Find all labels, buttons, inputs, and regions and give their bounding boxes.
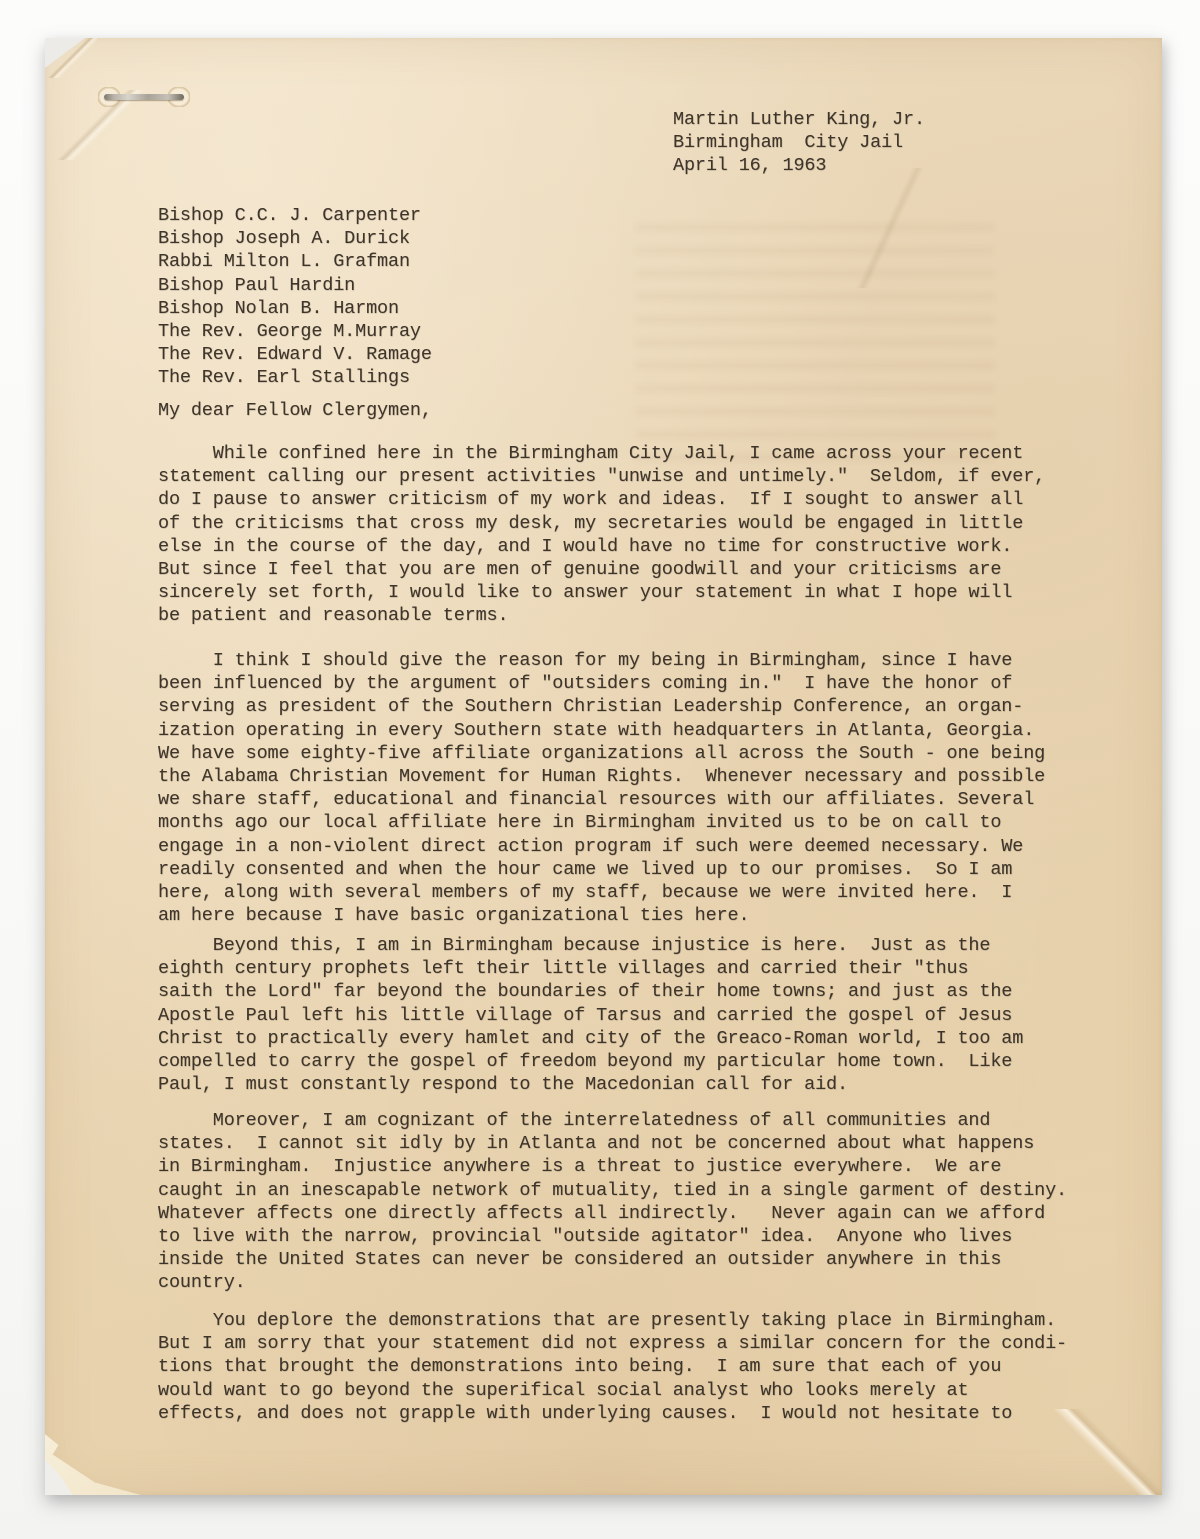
fold-line-top-left xyxy=(45,38,97,78)
body-paragraph-3: Beyond this, I am in Birmingham because … xyxy=(158,934,1023,1096)
body-paragraph-5: You deplore the demonstrations that are … xyxy=(158,1309,1067,1425)
body-paragraph-1: While confined here in the Birmingham Ci… xyxy=(158,442,1045,628)
paper-crease xyxy=(815,168,965,288)
salutation: My dear Fellow Clergymen, xyxy=(158,399,432,422)
recipient-list: Bishop C.C. J. Carpenter Bishop Joseph A… xyxy=(158,204,432,390)
scanned-letter-scene: Martin Luther King, Jr. Birmingham City … xyxy=(0,0,1200,1539)
body-paragraph-2: I think I should give the reason for my … xyxy=(158,649,1045,927)
staple-icon xyxy=(102,87,186,107)
sender-address-block: Martin Luther King, Jr. Birmingham City … xyxy=(673,108,925,178)
body-paragraph-4: Moreover, I am cognizant of the interrel… xyxy=(158,1109,1067,1295)
staple-bar xyxy=(104,94,184,100)
letter-page: Martin Luther King, Jr. Birmingham City … xyxy=(45,38,1162,1495)
